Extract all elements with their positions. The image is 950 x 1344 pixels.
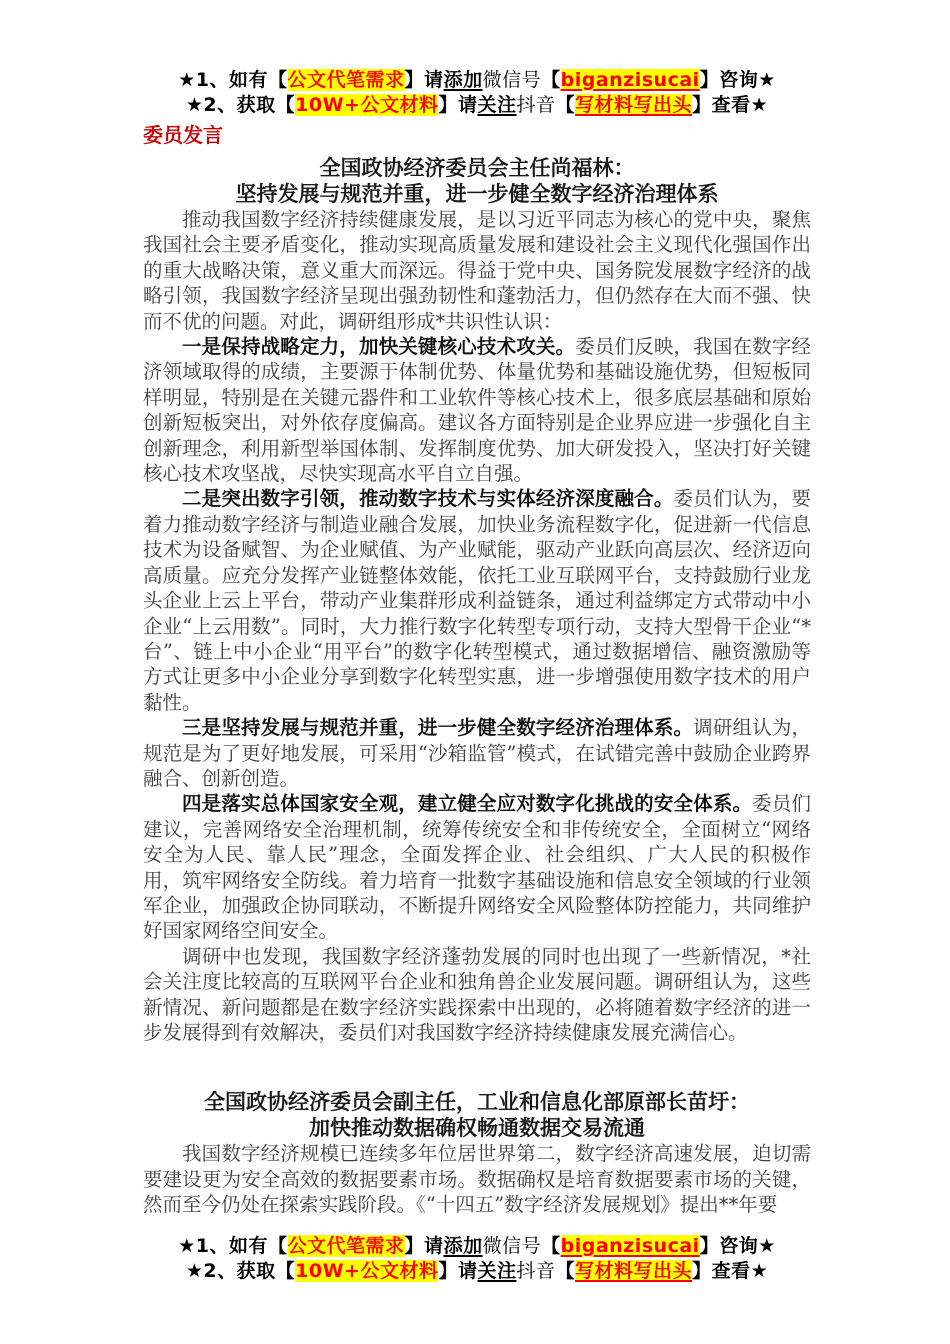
promo-text: ★1、如有【 bbox=[178, 69, 287, 91]
promo-text: 微信号 bbox=[483, 1235, 542, 1257]
promo-text: 】咨询★ bbox=[700, 69, 776, 91]
paragraph: 我国数字经济规模已连续多年位居世界第二，数字经济高速发展，迫切需要建设更为安全高… bbox=[143, 1141, 811, 1217]
promo-follow-action: 关注 bbox=[478, 94, 517, 116]
document-page: ★1、如有【公文代笔需求】请添加微信号【biganzisucai】咨询★ ★2、… bbox=[0, 0, 950, 1344]
wechat-id: biganzisucai bbox=[561, 1235, 700, 1257]
promo-text: 【 bbox=[541, 69, 561, 91]
promo-text: ★2、获取【 bbox=[186, 94, 295, 116]
paragraph-text: 委员们认为，要着力推动数字经济与制造业融合发展，加快业务流程数字化，促进新一代信… bbox=[143, 487, 811, 713]
paragraph: 二是突出数字引领，推动数字技术与实体经济深度融合。委员们认为，要着力推动数字经济… bbox=[143, 486, 811, 715]
promo-text: 微信号 bbox=[483, 69, 542, 91]
promo-add-action: 添加 bbox=[444, 69, 483, 91]
paragraph-text: 我国数字经济规模已连续多年位居世界第二，数字经济高速发展，迫切需要建设更为安全高… bbox=[143, 1142, 811, 1216]
promo-text: 抖音 bbox=[517, 94, 556, 116]
speech1-title-block: 全国政协经济委员会主任尚福林： 坚持发展与规范并重，进一步健全数字经济治理体系 bbox=[143, 155, 811, 207]
promo-highlight-materials: 10W+公文材料 bbox=[295, 94, 438, 116]
wechat-id: biganzisucai bbox=[561, 69, 700, 91]
speech-1: 全国政协经济委员会主任尚福林： 坚持发展与规范并重，进一步健全数字经济治理体系 … bbox=[143, 155, 811, 1045]
promo-highlight-writing-service: 公文代笔需求 bbox=[288, 1235, 405, 1257]
paragraph: 调研中也发现，我国数字经济蓬勃发展的同时也出现了一些新情况，*社会关注度比较高的… bbox=[143, 944, 811, 1046]
paragraph-lead: 四是落实总体国家安全观，建立健全应对数字化挑战的安全体系。 bbox=[182, 792, 752, 815]
promo-header-line-1: ★1、如有【公文代笔需求】请添加微信号【biganzisucai】咨询★ bbox=[143, 68, 811, 93]
promo-footer-line-1: ★1、如有【公文代笔需求】请添加微信号【biganzisucai】咨询★ bbox=[143, 1234, 811, 1259]
paragraph: 一是保持战略定力，加快关键核心技术攻关。委员们反映，我国在数字经济领域取得的成绩… bbox=[143, 334, 811, 486]
paragraph-lead: 二是突出数字引领，推动数字技术与实体经济深度融合。 bbox=[182, 487, 674, 510]
promo-text: 】请 bbox=[405, 1235, 444, 1257]
paragraph-text: 调研中也发现，我国数字经济蓬勃发展的同时也出现了一些新情况，*社会关注度比较高的… bbox=[143, 945, 811, 1044]
promo-text: 【 bbox=[541, 1235, 561, 1257]
douyin-account: 写材料写出头 bbox=[575, 94, 692, 116]
promo-text: ★1、如有【 bbox=[178, 1235, 287, 1257]
promo-text: 【 bbox=[556, 1260, 576, 1282]
promo-text: 【 bbox=[556, 94, 576, 116]
paragraph-text: 推动我国数字经济持续健康发展，是以习近平同志为核心的党中央，聚焦我国社会主要矛盾… bbox=[143, 208, 811, 333]
paragraph-lead: 三是坚持发展与规范并重，进一步健全数字经济治理体系。 bbox=[182, 716, 693, 739]
promo-footer: ★1、如有【公文代笔需求】请添加微信号【biganzisucai】咨询★ ★2、… bbox=[143, 1234, 811, 1284]
promo-text: ★2、获取【 bbox=[186, 1260, 295, 1282]
section-label: 委员发言 bbox=[143, 123, 811, 148]
promo-follow-action: 关注 bbox=[478, 1260, 517, 1282]
speech1-speaker-title: 全国政协经济委员会主任尚福林： bbox=[143, 155, 811, 181]
promo-text: 】请 bbox=[405, 69, 444, 91]
paragraph-lead: 一是保持战略定力，加快关键核心技术攻关。 bbox=[182, 335, 575, 358]
promo-highlight-writing-service: 公文代笔需求 bbox=[288, 69, 405, 91]
promo-footer-line-2: ★2、获取【10W+公文材料】请关注抖音【写材料写出头】查看★ bbox=[143, 1259, 811, 1284]
speech2-speaker-title: 全国政协经济委员会副主任，工业和信息化部原部长苗圩： bbox=[143, 1089, 811, 1115]
speech2-title-block: 全国政协经济委员会副主任，工业和信息化部原部长苗圩： 加快推动数据确权畅通数据交… bbox=[143, 1089, 811, 1141]
paragraph: 四是落实总体国家安全观，建立健全应对数字化挑战的安全体系。委员们建议，完善网络安… bbox=[143, 791, 811, 943]
speech1-topic-title: 坚持发展与规范并重，进一步健全数字经济治理体系 bbox=[143, 181, 811, 207]
promo-highlight-materials: 10W+公文材料 bbox=[295, 1260, 438, 1282]
promo-header: ★1、如有【公文代笔需求】请添加微信号【biganzisucai】咨询★ ★2、… bbox=[143, 68, 811, 118]
douyin-account: 写材料写出头 bbox=[575, 1260, 692, 1282]
promo-text: 】请 bbox=[438, 1260, 477, 1282]
promo-text: 】请 bbox=[438, 94, 477, 116]
speech2-topic-title: 加快推动数据确权畅通数据交易流通 bbox=[143, 1115, 811, 1141]
promo-text: 】咨询★ bbox=[700, 1235, 776, 1257]
promo-text: 】查看★ bbox=[692, 94, 768, 116]
paragraph: 推动我国数字经济持续健康发展，是以习近平同志为核心的党中央，聚焦我国社会主要矛盾… bbox=[143, 207, 811, 334]
promo-text: 抖音 bbox=[517, 1260, 556, 1282]
speech-2: 全国政协经济委员会副主任，工业和信息化部原部长苗圩： 加快推动数据确权畅通数据交… bbox=[143, 1089, 811, 1217]
promo-header-line-2: ★2、获取【10W+公文材料】请关注抖音【写材料写出头】查看★ bbox=[143, 93, 811, 118]
promo-text: 】查看★ bbox=[692, 1260, 768, 1282]
promo-add-action: 添加 bbox=[444, 1235, 483, 1257]
paragraph: 三是坚持发展与规范并重，进一步健全数字经济治理体系。调研组认为，规范是为了更好地… bbox=[143, 715, 811, 791]
